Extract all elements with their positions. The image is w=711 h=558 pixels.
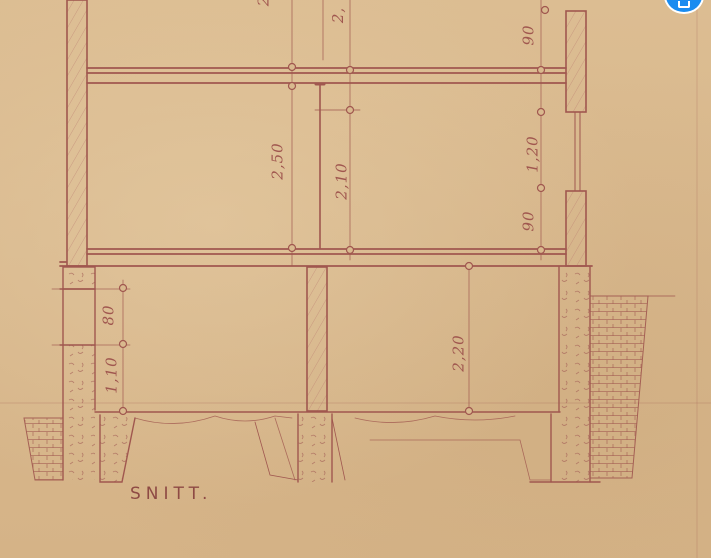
section-drawing bbox=[0, 0, 711, 558]
dim-label-window-top-sill: 90 bbox=[520, 24, 538, 45]
dim-label-crawlspace-height: 2,20 bbox=[450, 334, 468, 371]
left-wall-upper bbox=[67, 0, 87, 266]
dim-label-door-height: 2,10 bbox=[333, 162, 351, 199]
ceiling-beam bbox=[87, 68, 566, 83]
dim-label-foundation-lower: 1,10 bbox=[103, 356, 121, 393]
dim-label-foundation-upper: 80 bbox=[100, 304, 118, 325]
right-wall-upper bbox=[566, 11, 586, 266]
open-image-icon bbox=[678, 1, 690, 8]
dim-label-top-left: 2 bbox=[254, 0, 272, 6]
floor-beam bbox=[60, 249, 592, 266]
left-brick-wall bbox=[24, 418, 63, 480]
dim-label-window-height: 1,20 bbox=[524, 135, 542, 172]
dim-label-window-bottom-sill: 90 bbox=[520, 210, 538, 231]
dim-label-floor-height: 2,50 bbox=[269, 142, 287, 179]
left-foundation bbox=[60, 267, 135, 482]
right-brick-wall bbox=[590, 296, 675, 478]
interior-column bbox=[307, 267, 327, 411]
dim-label-top-right: 2, bbox=[329, 7, 347, 23]
drawing-title: SNITT. bbox=[130, 484, 212, 504]
center-footing bbox=[255, 414, 345, 482]
